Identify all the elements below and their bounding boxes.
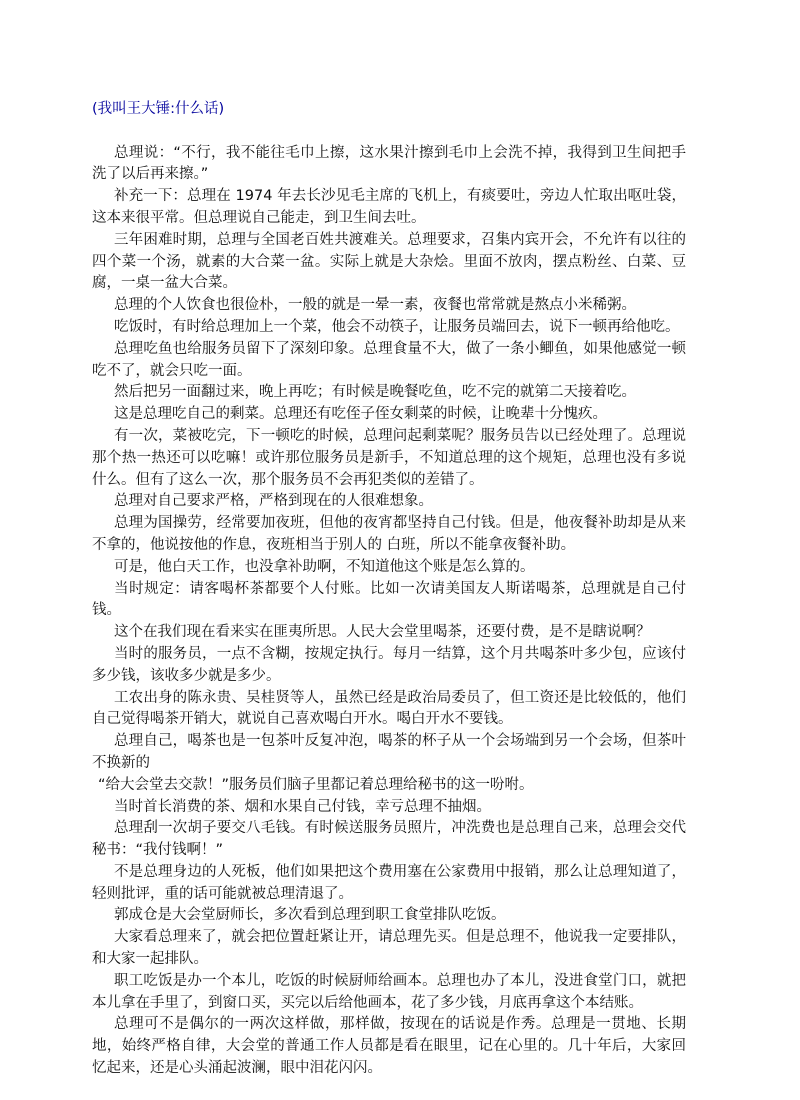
document-page: (我叫王大锤:什么话) 总理说：“不行，我不能往毛巾上擦，这水果汁擦到毛巾上会洗… [0,0,800,1100]
paragraph: 工农出身的陈永贵、吴桂贤等人，虽然已经是政治局委员了，但工资还是比较低的，他们自… [92,688,686,732]
paragraph: 补充一下：总理在 1974 年去长沙见毛主席的飞机上，有痰要吐，旁边人忙取出呕吐… [92,186,686,230]
paragraph: 可是，他白天工作，也没拿补助啊，不知道他这个账是怎么算的。 [92,557,686,579]
paragraph: 总理对自己要求严格，严格到现在的人很难想象。 [92,491,686,513]
paragraph: 总理刮一次胡子要交八毛钱。有时候送服务员照片，冲洗费也是总理自己来，总理会交代秘… [92,818,686,862]
paragraph: 总理说：“不行，我不能往毛巾上擦，这水果汁擦到毛巾上会洗不掉，我得到卫生间把手洗… [92,143,686,187]
paragraph: 吃饭时，有时给总理加上一个菜，他会不动筷子，让服务员端回去，说下一顿再给他吃。 [92,317,686,339]
paragraph: 有一次，菜被吃完，下一顿吃的时候，总理问起剩菜呢？服务员告以已经处理了。总理说那… [92,426,686,491]
paragraph: 大家看总理来了，就会把位置赶紧让开，请总理先买。但是总理不，他说我一定要排队，和… [92,927,686,971]
paragraph: 然后把另一面翻过来，晚上再吃；有时候是晚餐吃鱼，吃不完的就第二天接着吃。 [92,382,686,404]
paragraph: 这个在我们现在看来实在匪夷所思。人民大会堂里喝茶，还要付费，是不是瞎说啊？ [92,622,686,644]
paragraph: 总理吃鱼也给服务员留下了深刻印象。总理食量不大，做了一条小鲫鱼，如果他感觉一顿吃… [92,339,686,383]
paragraph: 当时的服务员，一点不含糊，按规定执行。每月一结算，这个月共喝茶叶多少包，应该付多… [92,644,686,688]
paragraph: 三年困难时期，总理与全国老百姓共渡难关。总理要求，召集内宾开会，不允许有以往的四… [92,230,686,295]
document-body: (我叫王大锤:什么话) 总理说：“不行，我不能往毛巾上擦，这水果汁擦到毛巾上会洗… [92,99,686,1080]
paragraph: 这是总理吃自己的剩菜。总理还有吃侄子侄女剩菜的时候，让晚辈十分愧疚。 [92,404,686,426]
paragraph: 总理的个人饮食也很俭朴，一般的就是一晕一素，夜餐也常常就是熬点小米稀粥。 [92,295,686,317]
paragraph: 总理自己，喝茶也是一包茶叶反复冲泡，喝茶的杯子从一个会场端到另一个会场，但茶叶不… [92,731,686,775]
paragraph: 当时规定：请客喝杯茶都要个人付账。比如一次请美国友人斯诺喝茶，总理就是自己付钱。 [92,579,686,623]
paragraph: 职工吃饭是办一个本儿，吃饭的时候厨师给画本。总理也办了本儿，没进食堂门口，就把本… [92,971,686,1015]
page-title: (我叫王大锤:什么话) [92,99,686,121]
paragraph: 当时首长消费的茶、烟和水果自己付钱，幸亏总理不抽烟。 [92,797,686,819]
paragraph: 郭成仓是大会堂厨师长，多次看到总理到职工食堂排队吃饭。 [92,905,686,927]
paragraph: 不是总理身边的人死板，他们如果把这个费用塞在公家费用中报销，那么让总理知道了，轻… [92,862,686,906]
paragraph: 总理为国操劳，经常要加夜班，但他的夜宵都坚持自己付钱。但是，他夜餐补助却是从来不… [92,513,686,557]
paragraph: 总理可不是偶尔的一两次这样做，那样做，按现在的话说是作秀。总理是一贯地、长期地，… [92,1014,686,1079]
paragraph: “给大会堂去交款！”服务员们脑子里都记着总理给秘书的这一吩咐。 [92,775,686,797]
